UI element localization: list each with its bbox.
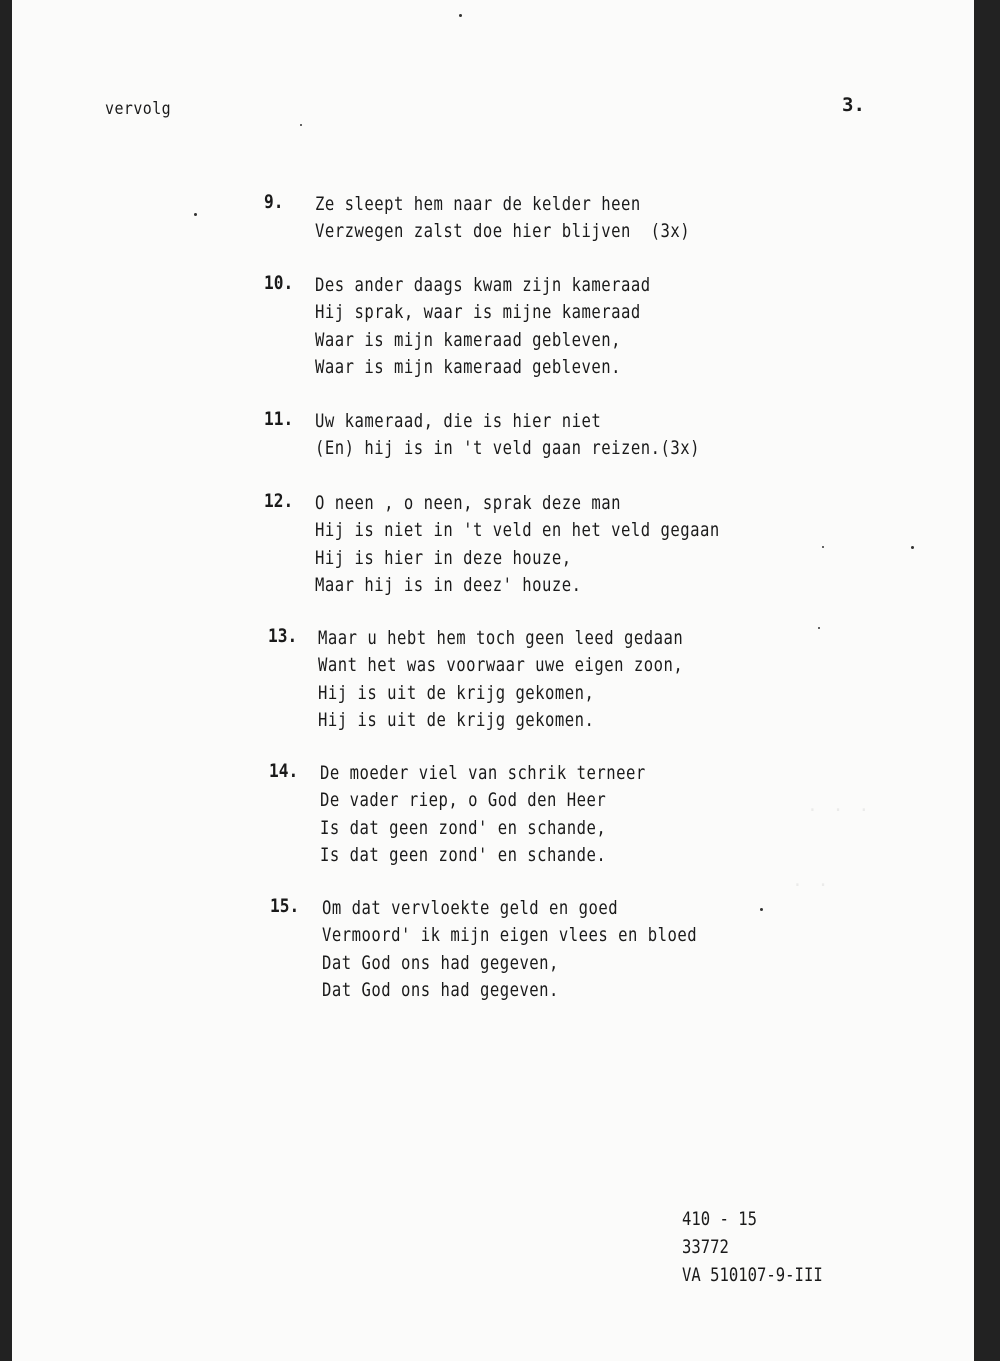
verse-line: Want het was voorwaar uwe eigen zoon, xyxy=(318,652,683,679)
verse-line: Is dat geen zond' en schande, xyxy=(320,815,646,842)
verse-line: Waar is mijn kameraad gebleven. xyxy=(315,354,651,381)
speck xyxy=(911,546,914,549)
speck xyxy=(818,627,820,629)
verse-line: Is dat geen zond' en schande. xyxy=(320,842,646,869)
verse-line: Hij is uit de krijg gekomen, xyxy=(318,680,683,707)
verse-line: De vader riep, o God den Heer xyxy=(320,787,646,814)
page-number: 3. xyxy=(842,94,865,116)
verse-line: Verzwegen zalst doe hier blijven (3x) xyxy=(315,218,690,245)
reference-line-2: 33772 xyxy=(682,1233,823,1261)
verse-line: Uw kameraad, die is hier niet xyxy=(315,408,700,435)
archive-reference: 410 - 1533772VA 510107-9-III xyxy=(682,1205,823,1289)
verse-line: Des ander daags kwam zijn kameraad xyxy=(315,272,651,299)
verse-line: Dat God ons had gegeven, xyxy=(322,950,697,977)
verse-line: Vermoord' ik mijn eigen vlees en bloed xyxy=(322,922,697,949)
speck xyxy=(459,14,462,17)
reference-line-3: VA 510107-9-III xyxy=(682,1261,823,1289)
verse-lines: Maar u hebt hem toch geen leed gedaan Wa… xyxy=(318,625,763,734)
verse-lines: De moeder viel van schrik terneer De vad… xyxy=(320,760,717,869)
verse-number: 10. xyxy=(264,272,293,294)
verse-lines: Uw kameraad, die is hier niet (En) hij i… xyxy=(315,408,785,463)
bleed-through-text: . . xyxy=(792,870,831,891)
verse-number: 15. xyxy=(270,895,299,917)
verse-number: 13. xyxy=(268,625,297,647)
verse-number: 9. xyxy=(264,191,283,213)
speck xyxy=(194,213,197,216)
verse-line: De moeder viel van schrik terneer xyxy=(320,760,646,787)
verse-line: O neen , o neen, sprak deze man xyxy=(315,490,720,517)
speck xyxy=(300,124,302,126)
speck xyxy=(822,546,824,548)
verse-line: Om dat vervloekte geld en goed xyxy=(322,895,697,922)
verse-lines: O neen , o neen, sprak deze man Hij is n… xyxy=(315,490,809,599)
verse-lines: Des ander daags kwam zijn kameraad Hij s… xyxy=(315,272,724,381)
verse-line: (En) hij is in 't veld gaan reizen.(3x) xyxy=(315,435,700,462)
reference-line-1: 410 - 15 xyxy=(682,1205,823,1233)
verse-line: Waar is mijn kameraad gebleven, xyxy=(315,327,651,354)
verse-lines: Ze sleept hem naar de kelder heen Verzwe… xyxy=(315,191,772,246)
verse-number: 12. xyxy=(264,490,293,512)
verse-number: 14. xyxy=(269,760,298,782)
verse-lines: Om dat vervloekte geld en goed Vermoord'… xyxy=(322,895,779,1004)
verse-line: Hij is uit de krijg gekomen. xyxy=(318,707,683,734)
verse-line: Hij is hier in deze houze, xyxy=(315,545,720,572)
verse-line: Hij is niet in 't veld en het veld gegaa… xyxy=(315,517,720,544)
verse-number: 11. xyxy=(264,408,293,430)
document-page: vervolg 3. . . . . . 9. Ze sleept hem na… xyxy=(12,0,974,1361)
verse-line: Maar hij is in deez' houze. xyxy=(315,572,720,599)
bleed-through-text: . . . xyxy=(807,795,871,816)
verse-line: Maar u hebt hem toch geen leed gedaan xyxy=(318,625,683,652)
header-continued-label: vervolg xyxy=(105,99,171,119)
verse-line: Ze sleept hem naar de kelder heen xyxy=(315,191,690,218)
verse-line: Hij sprak, waar is mijne kameraad xyxy=(315,299,651,326)
verse-line: Dat God ons had gegeven. xyxy=(322,977,697,1004)
